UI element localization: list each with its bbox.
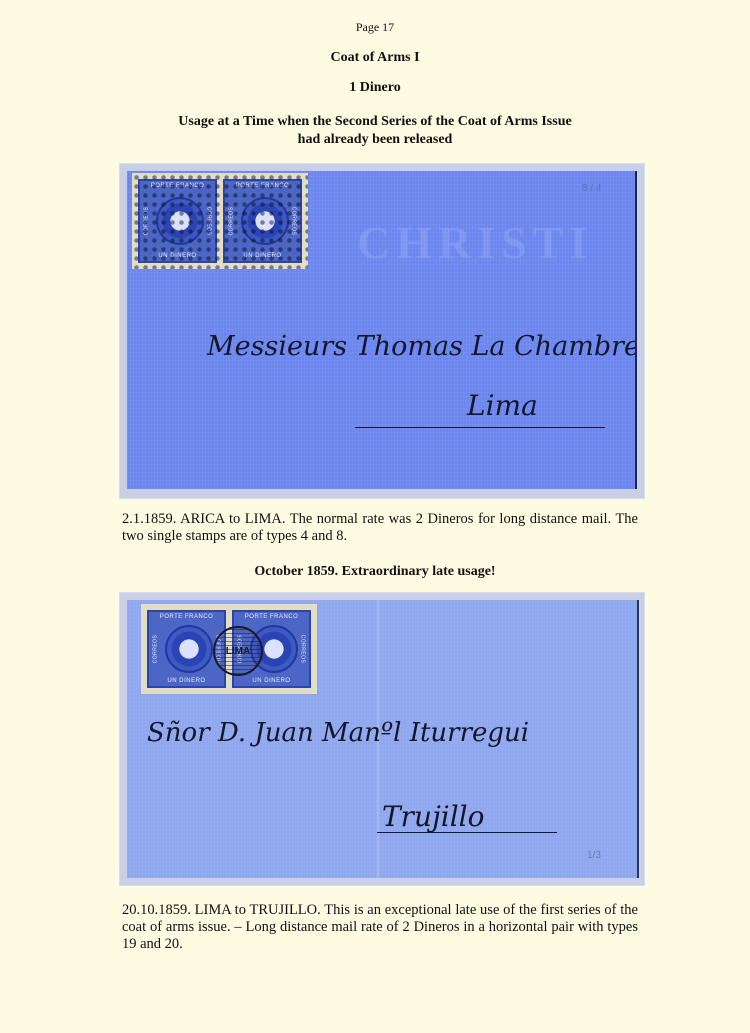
stamp-top-label: PORTE FRANCO	[234, 614, 309, 620]
page-title: Coat of Arms I	[0, 50, 750, 66]
dotted-cancel-icon	[132, 173, 308, 269]
cover-1-watermark: CHRISTI	[357, 216, 593, 269]
cover-2-stamps: PORTE FRANCO CORREOS CORREOS UN DINERO P…	[141, 604, 317, 694]
cover-2-address-underline	[377, 832, 557, 833]
cover-2-image: 1/3 PORTE FRANCO CORREOS CORREOS UN DINE…	[127, 600, 639, 878]
cover-1-stamps: PORTE FRANCO CORREOS CORREOS UN DINERO P…	[132, 173, 308, 269]
coat-of-arms-icon	[165, 625, 213, 673]
stamp-side-label: CORREOS	[152, 635, 158, 664]
cover-2-heading: October 1859. Extraordinary late usage!	[0, 564, 750, 580]
cover-2-address-line2: Trujillo	[382, 800, 485, 833]
stamp-top-label: PORTE FRANCO	[149, 614, 224, 620]
cover-1-address-line2: Lima	[467, 389, 538, 422]
stamp-bottom-label: UN DINERO	[149, 678, 224, 684]
cover-2-pencil-note: 1/3	[587, 850, 601, 861]
page-number: Page 17	[0, 20, 750, 35]
section-heading: Usage at a Time when the Second Series o…	[0, 113, 750, 149]
page-subtitle: 1 Dinero	[0, 80, 750, 96]
stamp-side-label: CORREOS	[300, 635, 306, 664]
cover-2-caption: 20.10.1859. LIMA to TRUJILLO. This is an…	[122, 902, 638, 953]
cover-1-pencil-note: 8 / 4	[582, 183, 601, 194]
stamp-bottom-label: UN DINERO	[234, 678, 309, 684]
cover-1-address-line1: Messieurs Thomas La Chambre y Cª	[207, 331, 637, 362]
cover-2-address-line1: Sñor D. Juan Manºl Iturregui	[147, 718, 529, 748]
cover-1-caption: 2.1.1859. ARICA to LIMA. The normal rate…	[122, 511, 638, 545]
section-heading-line1: Usage at a Time when the Second Series o…	[0, 113, 750, 131]
cover-1-image: CHRISTI 8 / 4 PORTE FRANCO CORREOS CORRE…	[127, 171, 637, 489]
cover-1-address-underline	[355, 427, 605, 428]
section-heading-line2: had already been released	[0, 131, 750, 149]
lima-oval-cancel-icon: LIMA	[213, 626, 263, 676]
